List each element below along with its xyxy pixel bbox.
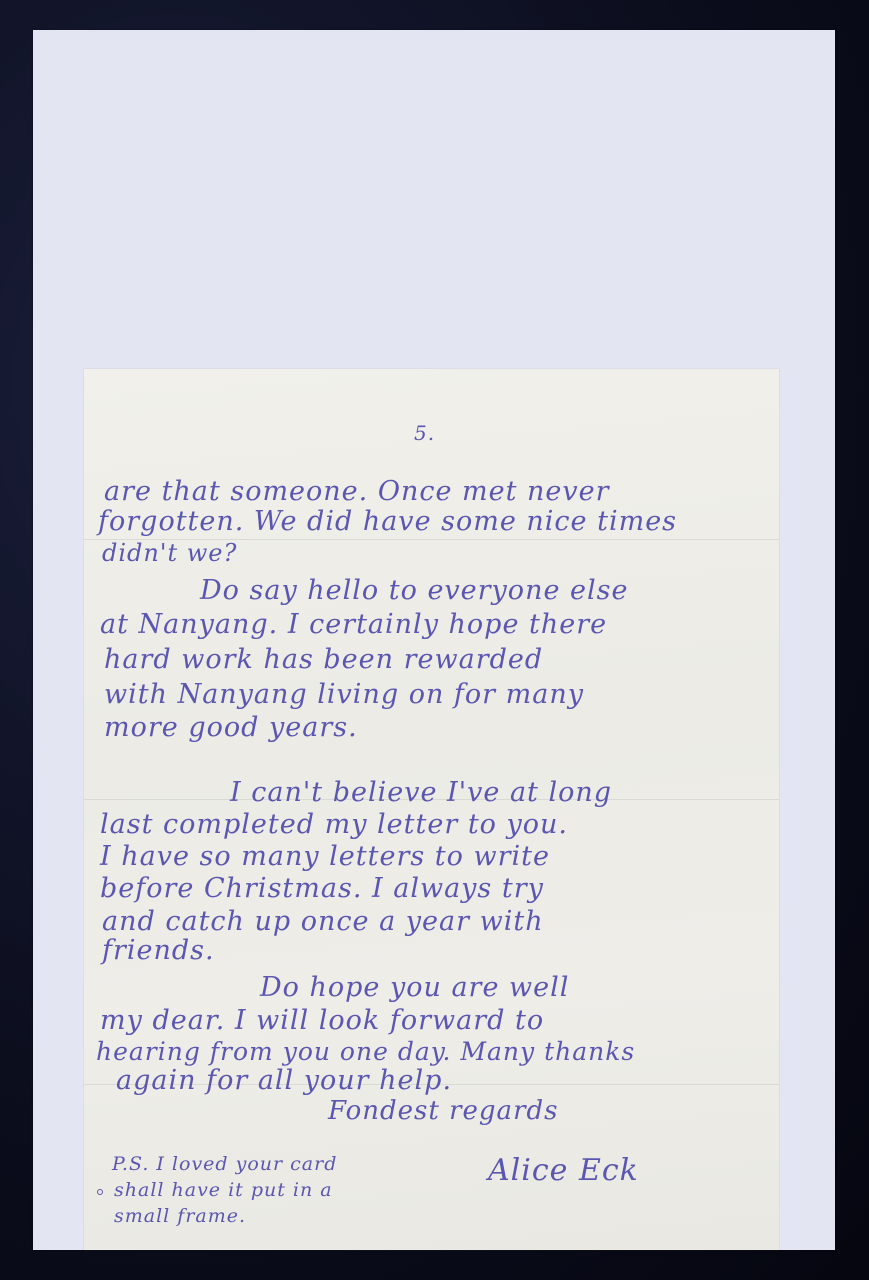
signature: Alice Eck (488, 1153, 639, 1188)
letter-line: my dear. I will look forward to (100, 1005, 544, 1036)
letter-page: 5. are that someone. Once met never forg… (84, 369, 779, 1250)
letter-line: Do say hello to everyone else (200, 575, 628, 606)
closing: Fondest regards (328, 1096, 558, 1126)
letter-line: didn't we? (102, 539, 237, 567)
letter-line: again for all your help. (116, 1065, 452, 1096)
postscript-line: small frame. (114, 1205, 246, 1227)
letter-line: more good years. (104, 712, 358, 743)
postscript-line: shall have it put in a (114, 1179, 333, 1201)
letter-line: before Christmas. I always try (100, 873, 544, 904)
letter-line: forgotten. We did have some nice times (98, 506, 677, 537)
letter-line: hearing from you one day. Many thanks (96, 1037, 635, 1066)
postscript-line: P.S. I loved your card (112, 1153, 337, 1175)
letter-line: at Nanyang. I certainly hope there (100, 609, 607, 640)
letter-line: hard work has been rewarded (104, 644, 543, 675)
letter-line: I can't believe I've at long (230, 777, 612, 808)
bullet-mark-icon (97, 1189, 103, 1195)
letter-line: I have so many letters to write (100, 841, 550, 872)
letter-line: last completed my letter to you. (100, 809, 568, 840)
letter-line: Do hope you are well (260, 972, 569, 1003)
letter-line: and catch up once a year with (102, 906, 544, 937)
letter-line: friends. (102, 935, 215, 966)
page-number: 5. (414, 421, 435, 445)
letter-line: are that someone. Once met never (104, 476, 610, 507)
letter-line: with Nanyang living on for many (104, 679, 584, 710)
